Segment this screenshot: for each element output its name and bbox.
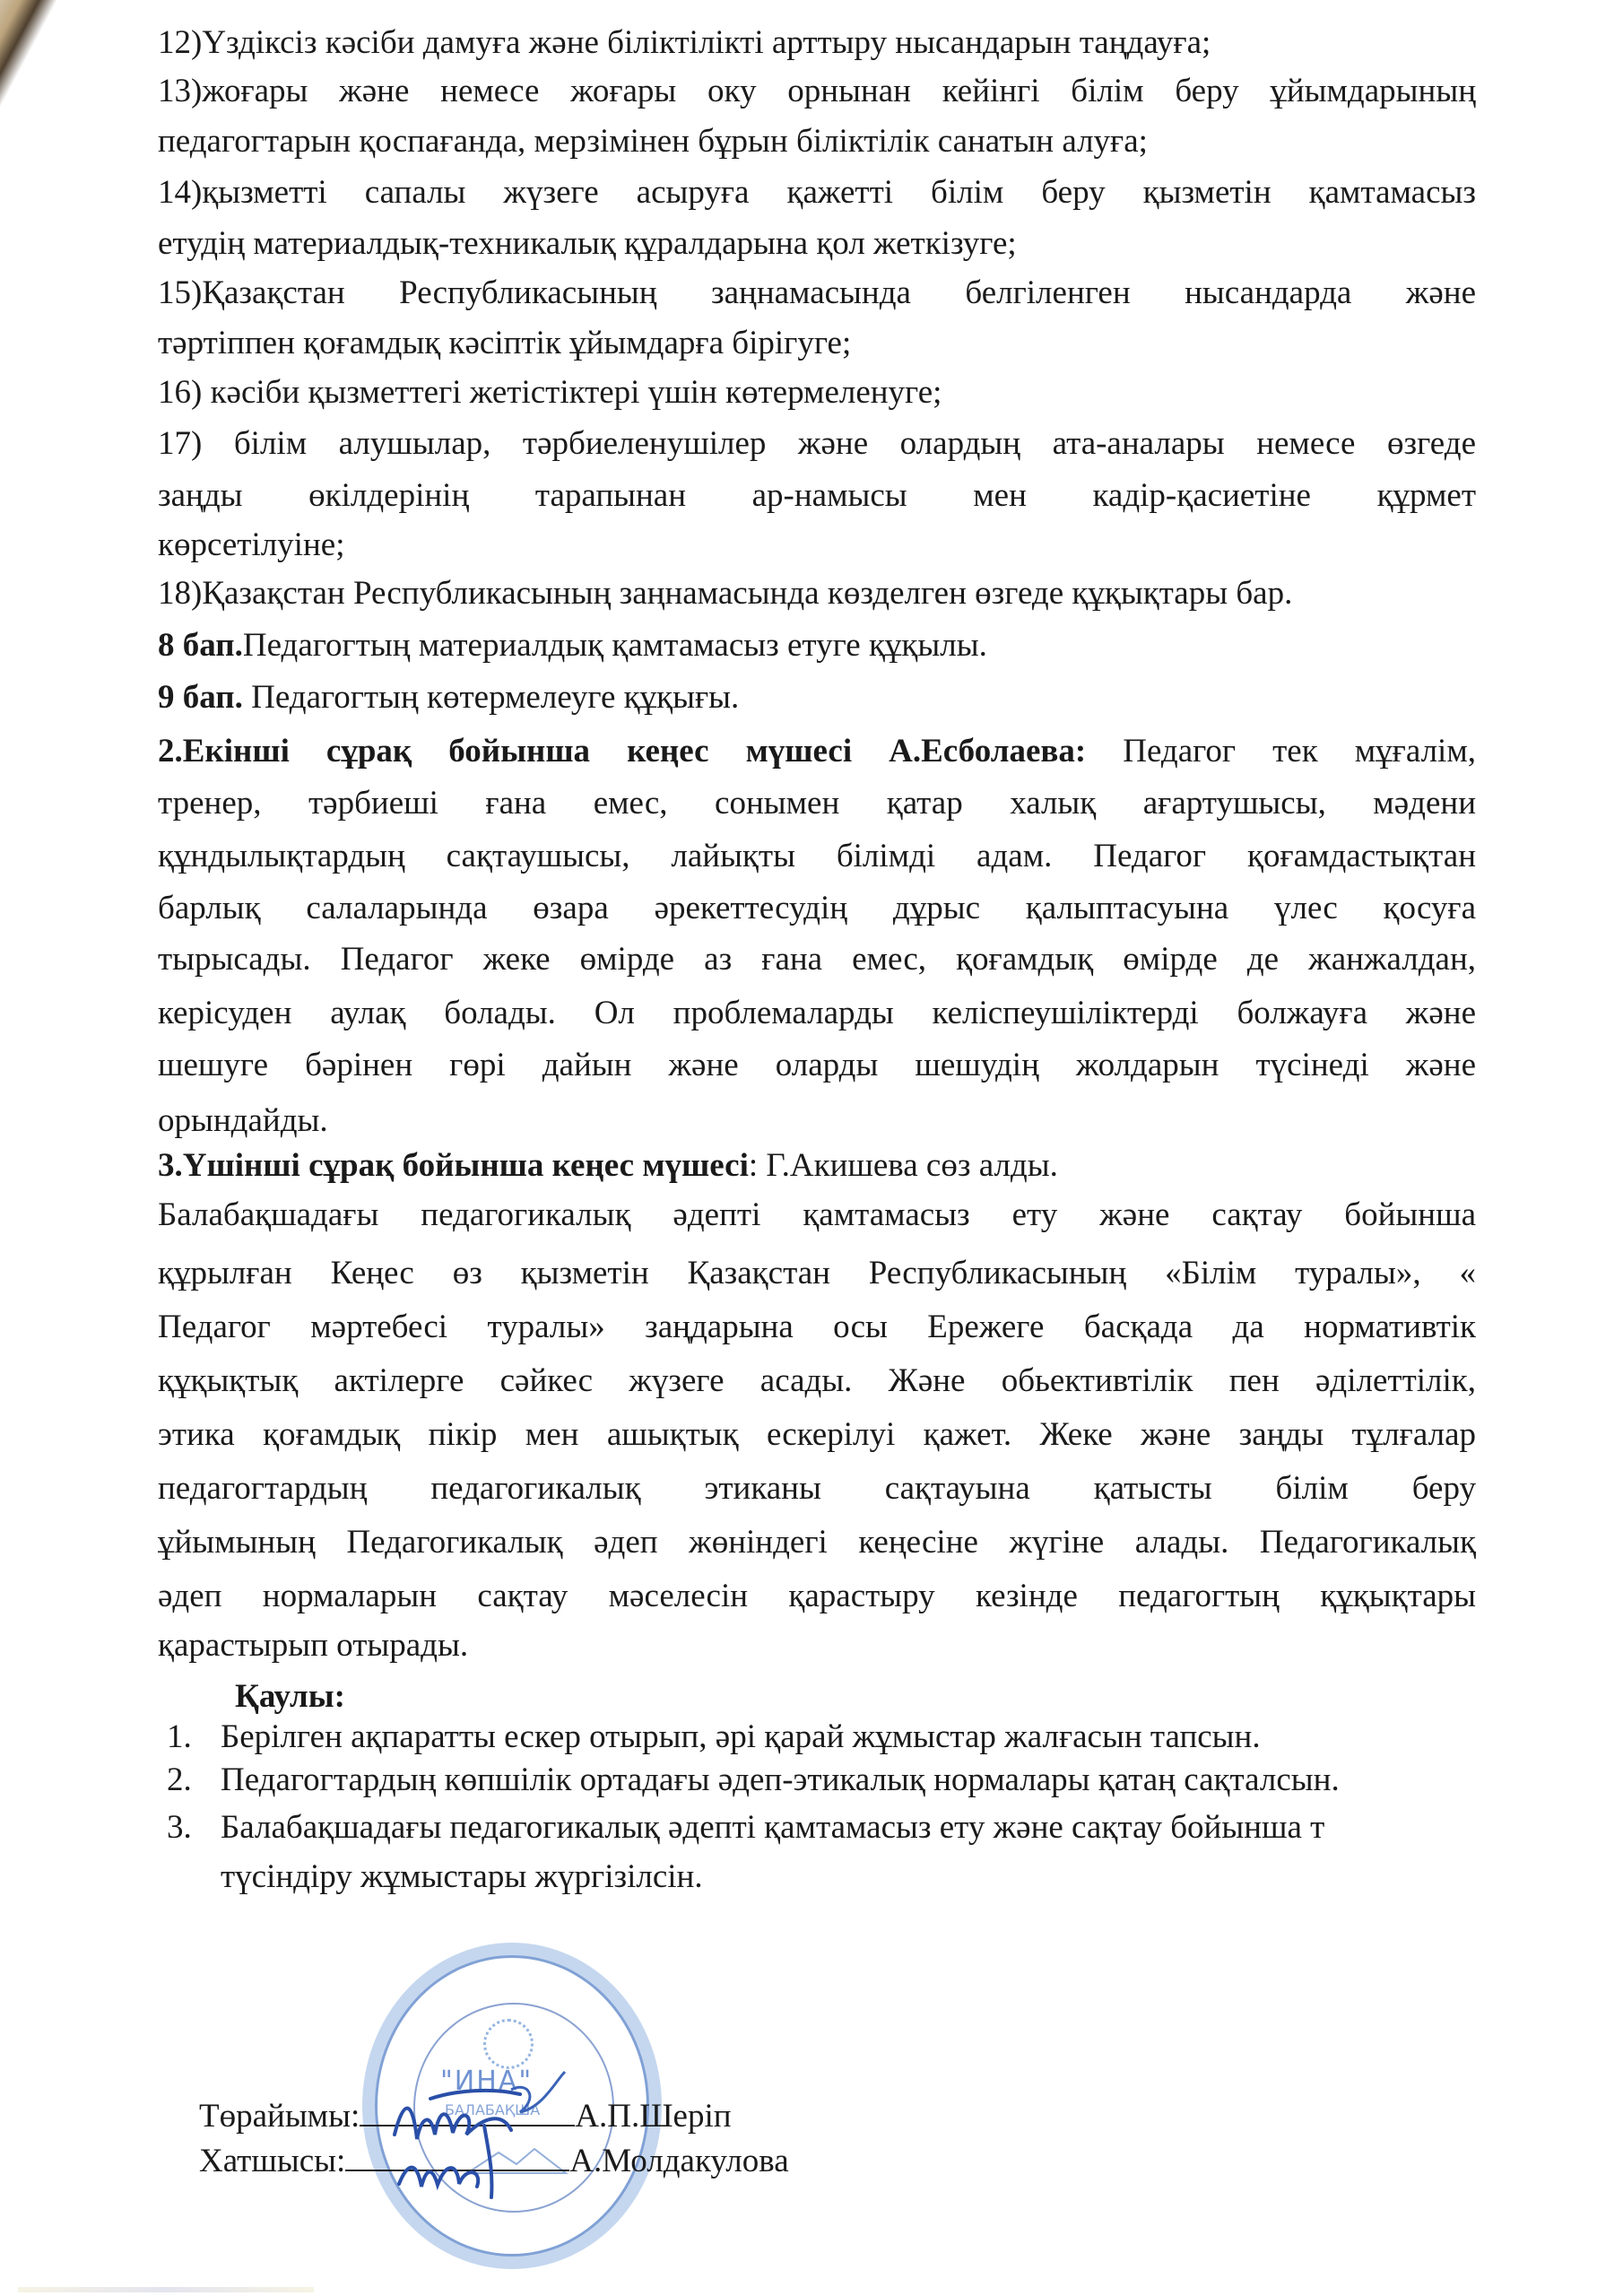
- question3-line: этика қоғамдық пікір мен ашықтық ескеріл…: [158, 1415, 1476, 1455]
- scan-edge-artifact: [18, 2287, 314, 2292]
- question2-line: құндылықтардың сақтаушысы, лайықты білім…: [158, 837, 1476, 876]
- article-9-label: 9 бап.: [158, 679, 243, 716]
- question3-speaker: : Г.Акишева сөз алды.: [749, 1147, 1058, 1184]
- question3-first-line: 3.Үшінші сұрақ бойынша кеңес мүшесі: Г.А…: [158, 1146, 1058, 1186]
- resolution-num: 2.: [167, 1761, 221, 1800]
- signature-secretary-role: Хатшысы:: [199, 2143, 345, 2179]
- resolution-heading: Қаулы:: [235, 1677, 345, 1717]
- resolution-text: Педагогтардың көпшілік ортадағы әдеп-эти…: [221, 1761, 1340, 1798]
- article-9: 9 бап. Педагогтың көтермелеуге құқығы.: [158, 678, 739, 717]
- question3-heading: 3.Үшінші сұрақ бойынша кеңес мүшесі: [158, 1147, 749, 1184]
- resolution-text: Берілген ақпаратты ескер отырып, әрі қар…: [221, 1718, 1261, 1755]
- question3-line: педагогтардың педагогикалық этиканы сақт…: [158, 1469, 1476, 1509]
- rights-item-16: 16) кәсіби қызметтегі жетістіктері үшін …: [158, 373, 942, 413]
- rights-item-14: 14)қызметті сапалы жүзеге асыруға қажетт…: [158, 173, 1476, 213]
- rights-item-14-cont: етудің материалдық-техникалық құралдарын…: [158, 224, 1017, 264]
- question3-line: құрылған Кеңес өз қызметін Қазақстан Рес…: [158, 1254, 1476, 1293]
- article-9-text: Педагогтың көтермелеуге құқығы.: [243, 679, 739, 716]
- rights-item-13-cont: педагогтарын қоспағанда, мерзімінен бұры…: [158, 122, 1148, 161]
- question2-line: шешуге бәрінен гөрі дайын және оларды ше…: [158, 1046, 1476, 1085]
- resolution-num: 3.: [167, 1808, 221, 1848]
- question2-line: тырысады. Педагог жеке өмірде аз ғана ем…: [158, 940, 1476, 979]
- handwritten-signature-icon: [377, 2063, 646, 2215]
- resolution-item-1: 1.Берілген ақпаратты ескер отырып, әрі қ…: [167, 1718, 1261, 1757]
- rights-item-12: 12)Үздіксіз кәсіби дамуға және біліктілі…: [158, 23, 1211, 63]
- resolution-num: 1.: [167, 1718, 221, 1757]
- rights-item-17-end: көрсетілуіне;: [158, 526, 344, 565]
- question2-text-0: Педагог тек мұғалім,: [1086, 733, 1476, 770]
- article-8-label: 8 бап.: [158, 627, 243, 664]
- question2-line: тренер, тәрбиеші ғана емес, сонымен қата…: [158, 784, 1476, 823]
- question3-line: әдеп нормаларын сақтау мәселесін қарасты…: [158, 1577, 1476, 1616]
- rights-item-17: 17) білім алушылар, тәрбиеленушілер және…: [158, 424, 1476, 464]
- question3-line: ұйымының Педагогикалық әдеп жөніндегі ке…: [158, 1523, 1476, 1562]
- signature-chair-role: Төрайымы:: [199, 2098, 360, 2135]
- question2-line-end: орындайды.: [158, 1101, 328, 1141]
- sun-emblem-icon: [483, 2019, 534, 2069]
- resolution-item-3-cont: түсіндіру жұмыстары жүргізілсін.: [167, 1857, 703, 1897]
- article-8-text: Педагогтың материалдық қамтамасыз етуге …: [243, 627, 987, 664]
- question3-line: Педагог мәртебесі туралы» заңдарына осы …: [158, 1308, 1476, 1347]
- rights-item-18: 18)Қазақстан Республикасының заңнамасынд…: [158, 574, 1292, 613]
- resolution-item-3: 3.Балабақшадағы педагогикалық әдепті қам…: [167, 1808, 1324, 1848]
- question2-line: барлық салаларында өзара әрекеттесудің д…: [158, 889, 1476, 928]
- article-8: 8 бап.Педагогтың материалдық қамтамасыз …: [158, 626, 987, 665]
- question3-line: құқықтық актілерге сәйкес жүзеге асады. …: [158, 1361, 1476, 1401]
- question2-first-line: 2.Екінші сұрақ бойынша кеңес мүшесі А.Ес…: [158, 732, 1476, 771]
- rights-item-17-cont: заңды өкілдерінің тарапынан ар-намысы ме…: [158, 476, 1476, 516]
- rights-item-13: 13)жоғары және немесе жоғары оку орнынан…: [158, 72, 1476, 111]
- rights-item-15: 15)Қазақстан Республикасының заңнамасынд…: [158, 274, 1476, 313]
- scan-fold-shadow: [0, 0, 59, 329]
- resolution-text: Балабақшадағы педагогикалық әдепті қамта…: [221, 1809, 1324, 1846]
- question2-line: керісуден аулақ болады. Ол проблемаларды…: [158, 994, 1476, 1033]
- question2-heading: 2.Екінші сұрақ бойынша кеңес мүшесі А.Ес…: [158, 733, 1086, 770]
- resolution-text: түсіндіру жұмыстары жүргізілсін.: [221, 1858, 703, 1895]
- question3-line-end: қарастырып отырады.: [158, 1626, 468, 1665]
- question3-line: Балабақшадағы педагогикалық әдепті қамта…: [158, 1196, 1476, 1235]
- rights-item-15-cont: тәртіппен қоғамдық кәсіптік ұйымдарға бі…: [158, 324, 851, 363]
- resolution-item-2: 2.Педагогтардың көпшілік ортадағы әдеп-э…: [167, 1761, 1340, 1800]
